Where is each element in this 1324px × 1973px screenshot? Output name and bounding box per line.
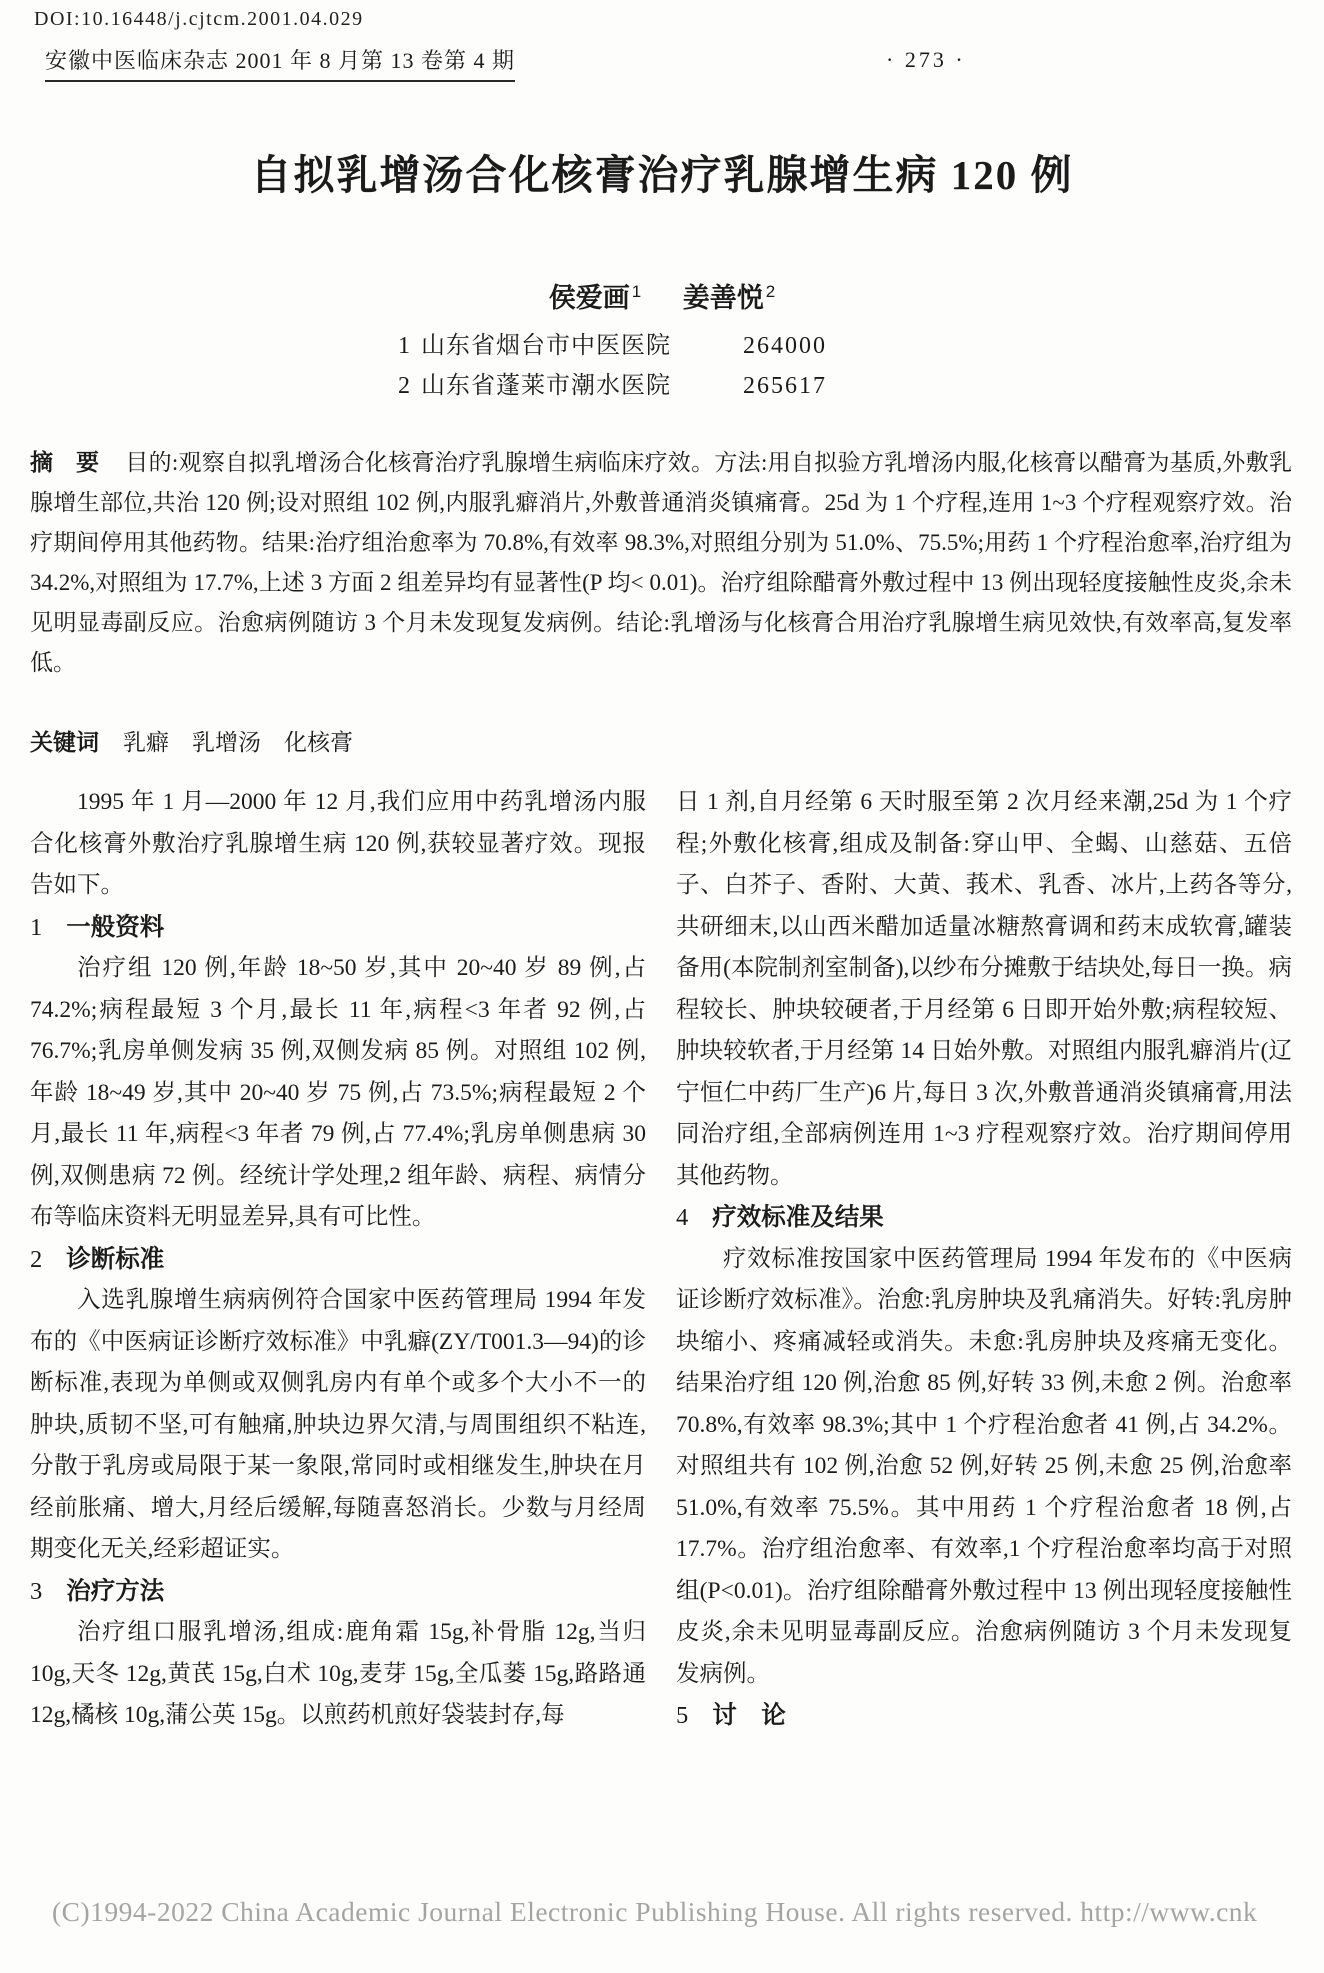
section-5-title: 讨 论 (712, 1702, 786, 1729)
section-heading-1: 1一般资料 (30, 907, 646, 949)
section-4-title: 疗效标准及结果 (712, 1204, 884, 1231)
section-heading-3: 3治疗方法 (30, 1571, 646, 1613)
affiliation-1-num: 1 (398, 333, 411, 359)
journal-header: 安徽中医临床杂志 2001 年 8 月第 13 卷第 4 期 (45, 44, 515, 82)
section-3-paragraph: 治疗组口服乳增汤,组成:鹿角霜 15g,补骨脂 12g,当归 10g,天冬 12… (30, 1612, 646, 1737)
affiliation-2-postcode: 265617 (743, 373, 827, 399)
section-3-paragraph-continued: 日 1 剂,自月经第 6 天时服至第 2 次月经来潮,25d 为 1 个疗程;外… (676, 782, 1292, 1197)
affiliations: 1山东省烟台市中医医院264000 2山东省蓬莱市潮水医院265617 (398, 326, 827, 406)
author-2: 姜善悦2 (683, 283, 775, 313)
keywords-label: 关键词 (30, 729, 99, 755)
section-2-paragraph: 入选乳腺增生病病例符合国家中医药管理局 1994 年发布的《中医病证诊断疗效标准… (30, 1280, 646, 1571)
affiliation-2-num: 2 (398, 373, 411, 399)
affiliation-2: 2山东省蓬莱市潮水医院265617 (398, 366, 827, 406)
affiliation-1: 1山东省烟台市中医医院264000 (398, 326, 827, 366)
section-heading-5: 5讨 论 (676, 1695, 1292, 1737)
journal-page-scan: DOI:10.16448/j.cjtcm.2001.04.029 安徽中医临床杂… (0, 0, 1324, 1973)
authors-line: 侯爱画1 姜善悦2 (0, 276, 1324, 315)
right-column: 日 1 剂,自月经第 6 天时服至第 2 次月经来潮,25d 为 1 个疗程;外… (676, 782, 1292, 1922)
section-heading-4: 4疗效标准及结果 (676, 1197, 1292, 1239)
section-3-title: 治疗方法 (66, 1578, 164, 1605)
affiliation-1-name: 山东省烟台市中医医院 (421, 333, 671, 359)
page-number: · 273 · (886, 47, 966, 73)
author-1: 侯爱画1 (549, 283, 641, 313)
section-4-paragraph: 疗效标准按国家中医药管理局 1994 年发布的《中医病证诊断疗效标准》。治愈:乳… (676, 1239, 1292, 1696)
article-title: 自拟乳增汤合化核膏治疗乳腺增生病 120 例 (0, 142, 1324, 201)
abstract-text: 目的:观察自拟乳增汤合化核膏治疗乳腺增生病临床疗效。方法:用自拟验方乳增汤内服,… (30, 450, 1292, 675)
section-4-number: 4 (676, 1204, 688, 1231)
section-1-title: 一般资料 (66, 914, 164, 941)
intro-paragraph: 1995 年 1 月—2000 年 12 月,我们应用中药乳增汤内服合化核膏外敷… (30, 782, 646, 907)
keywords-block: 关键词乳癖 乳增汤 化核膏 (30, 724, 1292, 757)
section-3-number: 3 (30, 1578, 42, 1605)
section-5-number: 5 (676, 1702, 688, 1729)
section-heading-2: 2诊断标准 (30, 1239, 646, 1281)
keywords-text: 乳癖 乳增汤 化核膏 (123, 730, 353, 755)
section-2-number: 2 (30, 1246, 42, 1273)
doi-line: DOI:10.16448/j.cjtcm.2001.04.029 (34, 8, 364, 31)
abstract-block: 摘 要目的:观察自拟乳增汤合化核膏治疗乳腺增生病临床疗效。方法:用自拟验方乳增汤… (30, 442, 1292, 683)
affiliation-2-name: 山东省蓬莱市潮水医院 (421, 373, 671, 399)
author-1-affil-mark: 1 (632, 282, 641, 301)
left-column: 1995 年 1 月—2000 年 12 月,我们应用中药乳增汤内服合化核膏外敷… (30, 782, 646, 1922)
section-1-number: 1 (30, 914, 42, 941)
author-1-name: 侯爱画 (549, 283, 630, 313)
copyright-watermark: (C)1994-2022 China Academic Journal Elec… (52, 1896, 1324, 1928)
author-2-name: 姜善悦 (683, 283, 764, 313)
author-2-affil-mark: 2 (766, 282, 775, 301)
abstract-label: 摘 要 (30, 449, 107, 475)
section-1-paragraph: 治疗组 120 例,年龄 18~50 岁,其中 20~40 岁 89 例,占 7… (30, 948, 646, 1239)
section-2-title: 诊断标准 (66, 1246, 164, 1273)
affiliation-1-postcode: 264000 (743, 333, 827, 359)
